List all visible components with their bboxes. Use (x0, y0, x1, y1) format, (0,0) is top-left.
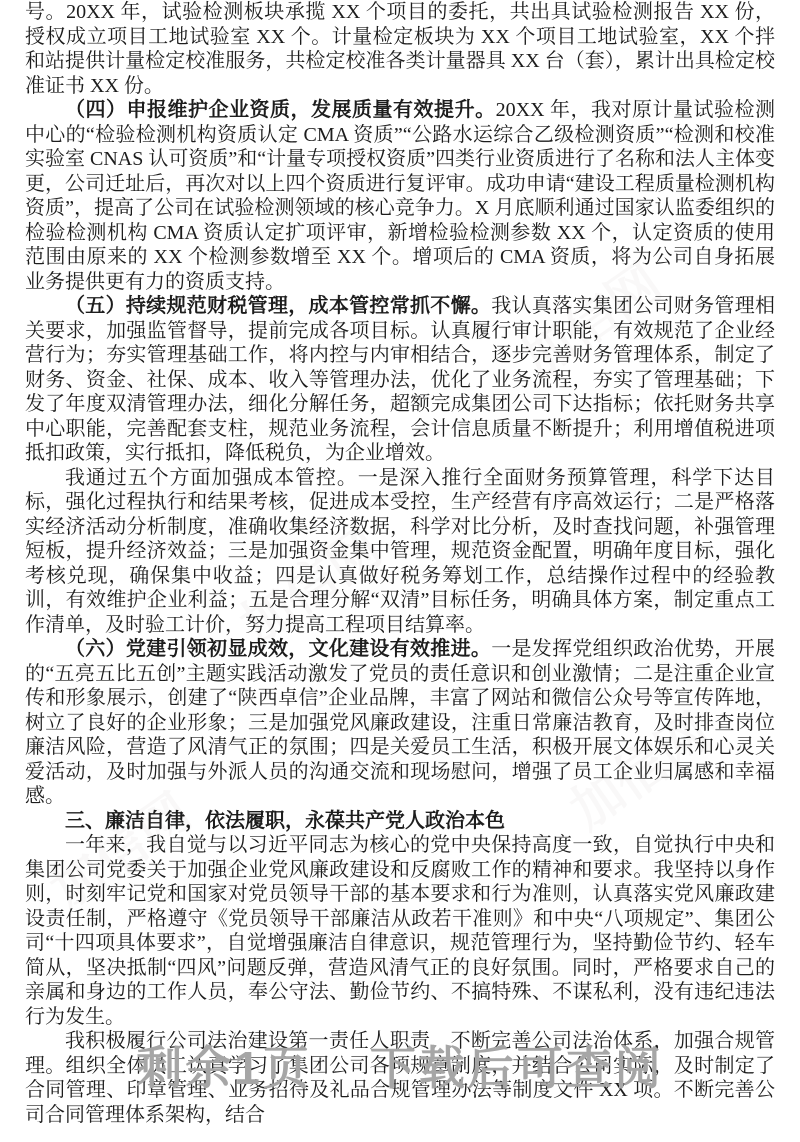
paragraph-text: 一是发挥党组织政治优势，开展的“五亮五比五创”主题实践活动激发了党员的责任意识和… (25, 638, 775, 807)
paragraph-continuation: 号。20XX 年，试验检测板块承揽 XX 个项目的委托，共出具试验检测报告 XX… (25, 0, 775, 98)
download-hint-label: 下载后可查阅 (370, 1042, 664, 1094)
paragraph-text: 一年来，我自觉与以习近平同志为核心的党中央保持高度一致，自觉执行中央和集团公司党… (25, 834, 775, 1028)
heading-part-3: 三、廉洁自律，依法履职，永葆共产党人政治本色 (25, 809, 775, 834)
paragraph-integrity: 一年来，我自觉与以习近平同志为核心的党中央保持高度一致，自觉执行中央和集团公司党… (25, 833, 775, 1029)
document-body: 号。20XX 年，试验检测板块承揽 XX 个项目的委托，共出具试验检测报告 XX… (25, 0, 775, 1127)
paragraph-section-6: （六）党建引领初显成效，文化建设有效推进。一是发挥党组织政治优势，开展的“五亮五… (25, 637, 775, 809)
section-6-title: （六）党建引领初显成效，文化建设有效推进。 (65, 638, 491, 660)
remaining-pages-label: 剩余1页 (136, 1042, 312, 1094)
paragraph-text: 号。20XX 年，试验检测板块承揽 XX 个项目的委托，共出具试验检测报告 XX… (25, 1, 775, 97)
paragraph-cost-control: 我通过五个方面加强成本管控。一是深入推行全面财务预算管理，科学下达目标，强化过程… (25, 466, 775, 638)
document-page: 加信网 加信网 加信网 加信网 号。20XX 年，试验检测板块承揽 XX 个项目… (0, 0, 800, 1142)
paragraph-section-5: （五）持续规范财税管理，成本管控常抓不懈。我认真落实集团公司财务管理相关要求，加… (25, 294, 775, 466)
section-5-title: （五）持续规范财税管理，成本管控常抓不懈。 (65, 295, 491, 317)
paragraph-text: 我通过五个方面加强成本管控。一是深入推行全面财务预算管理，科学下达目标，强化过程… (25, 467, 775, 636)
heading-text: 三、廉洁自律，依法履职，永葆共产党人政治本色 (65, 810, 505, 832)
download-prompt-banner[interactable]: 剩余1页下载后可查阅 (0, 1032, 800, 1098)
paragraph-section-4: （四）申报维护企业资质，发展质量有效提升。20XX 年，我对原计量试验检测中心的… (25, 98, 775, 294)
paragraph-text: 我认真落实集团公司财务管理相关要求，加强监管督导，提前完成各项目标。认真履行审计… (25, 295, 775, 464)
section-4-title: （四）申报维护企业资质，发展质量有效提升。 (65, 99, 496, 121)
paragraph-text: 20XX 年，我对原计量试验检测中心的“检验检测机构资质认定 CMA 资质”“公… (25, 99, 775, 293)
